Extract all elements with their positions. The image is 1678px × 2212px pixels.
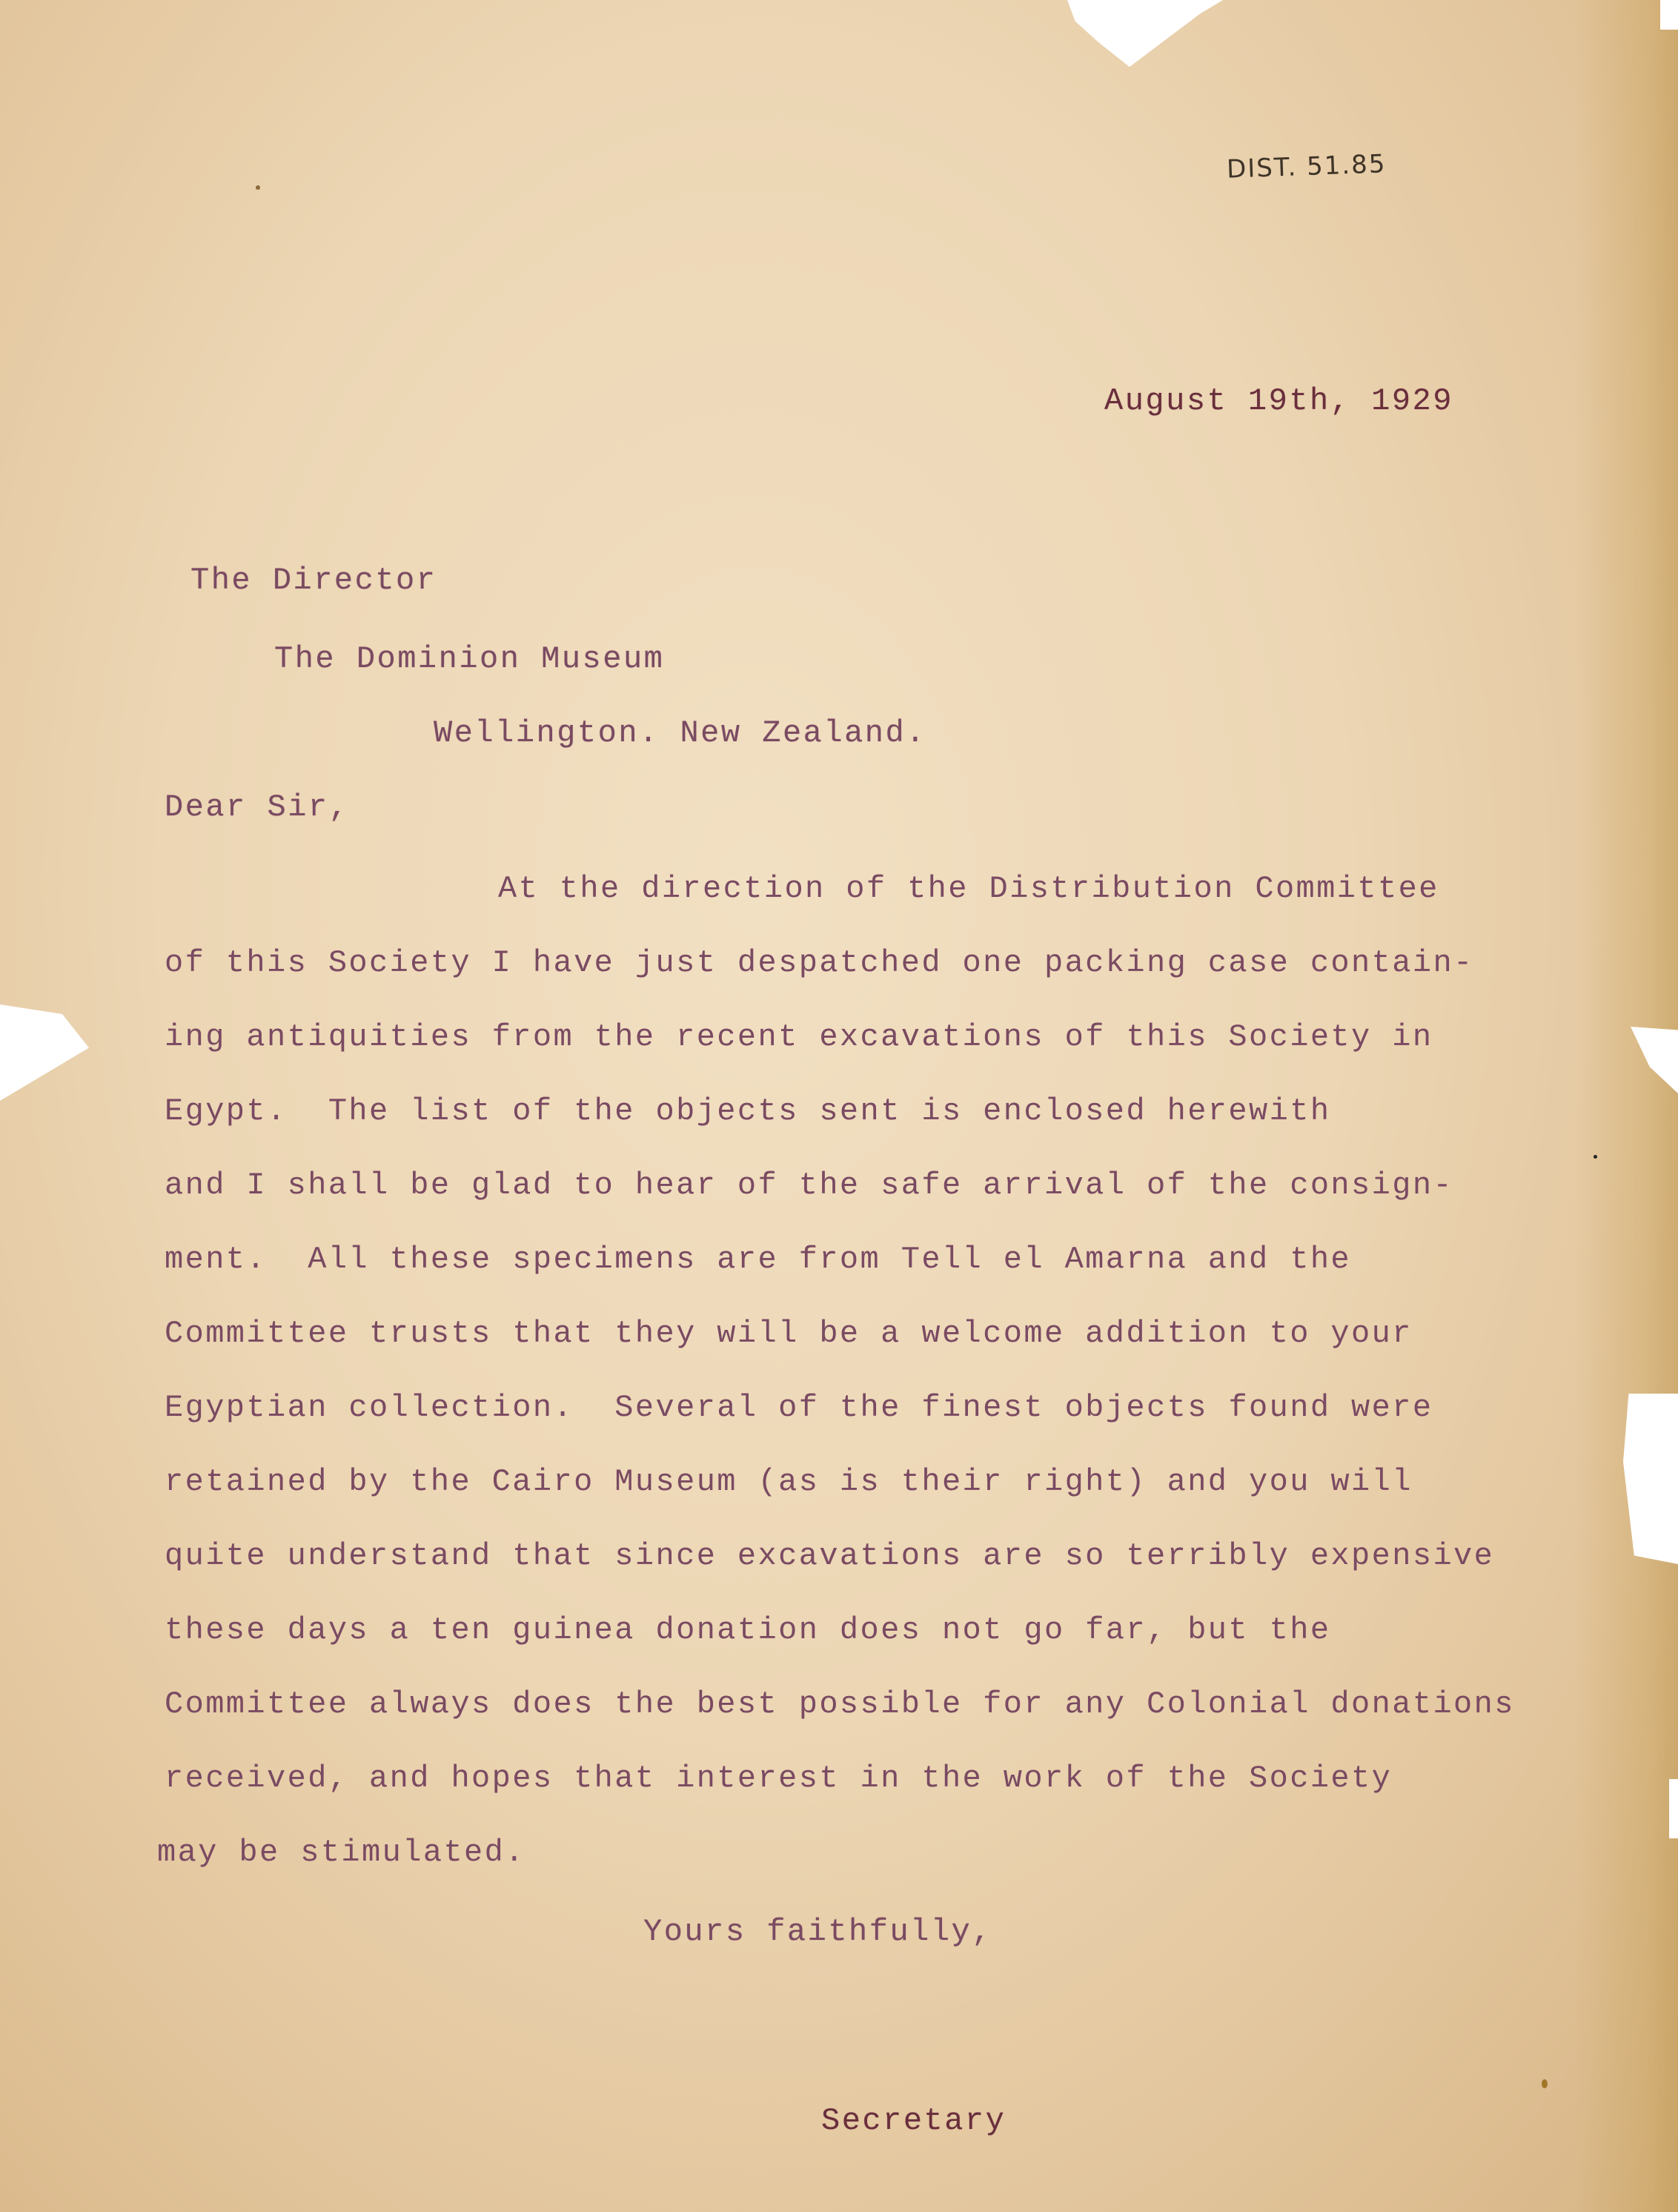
body-line: ing antiquities from the recent excavati… [165,1019,1433,1055]
body-line: Egypt. The list of the objects sent is e… [165,1093,1330,1129]
body-line: may be stimulated. [157,1835,525,1870]
body-line: Committee trusts that they will be a wel… [165,1316,1413,1351]
body-line: quite understand that since excavations … [165,1538,1494,1574]
body-line: retained by the Cairo Museum (as is thei… [165,1464,1413,1500]
signature-title: Secretary [821,2105,1006,2136]
body-line: Egyptian collection. Several of the fine… [165,1390,1433,1425]
body-line: of this Society I have just despatched o… [165,945,1474,981]
paper-speck [1594,1155,1597,1159]
body-line: ment. All these specimens are from Tell … [165,1242,1351,1277]
paper-tear-right-bottom [1669,1779,1678,1838]
body-line: Committee always does the best possible … [165,1686,1515,1722]
recipient-line-1: The Director [190,565,437,596]
recipient-line-3: Wellington. New Zealand. [434,718,926,749]
body-line: At the direction of the Distribution Com… [498,871,1439,907]
body-line: and I shall be glad to hear of the safe … [165,1168,1453,1203]
paper-stain [1542,2079,1548,2088]
closing: Yours faithfully, [643,1916,992,1947]
letter-date: August 19th, 1929 [1104,385,1453,417]
body-line: these days a ten guinea donation does no… [165,1612,1330,1648]
paper-tear-top-right [1660,0,1678,30]
paper-speck [256,185,260,190]
body-line: received, and hopes that interest in the… [165,1761,1392,1796]
reference-mark: DIST. 51.85 [1226,149,1387,184]
recipient-line-2: The Dominion Museum [274,643,664,675]
salutation: Dear Sir, [165,792,349,823]
